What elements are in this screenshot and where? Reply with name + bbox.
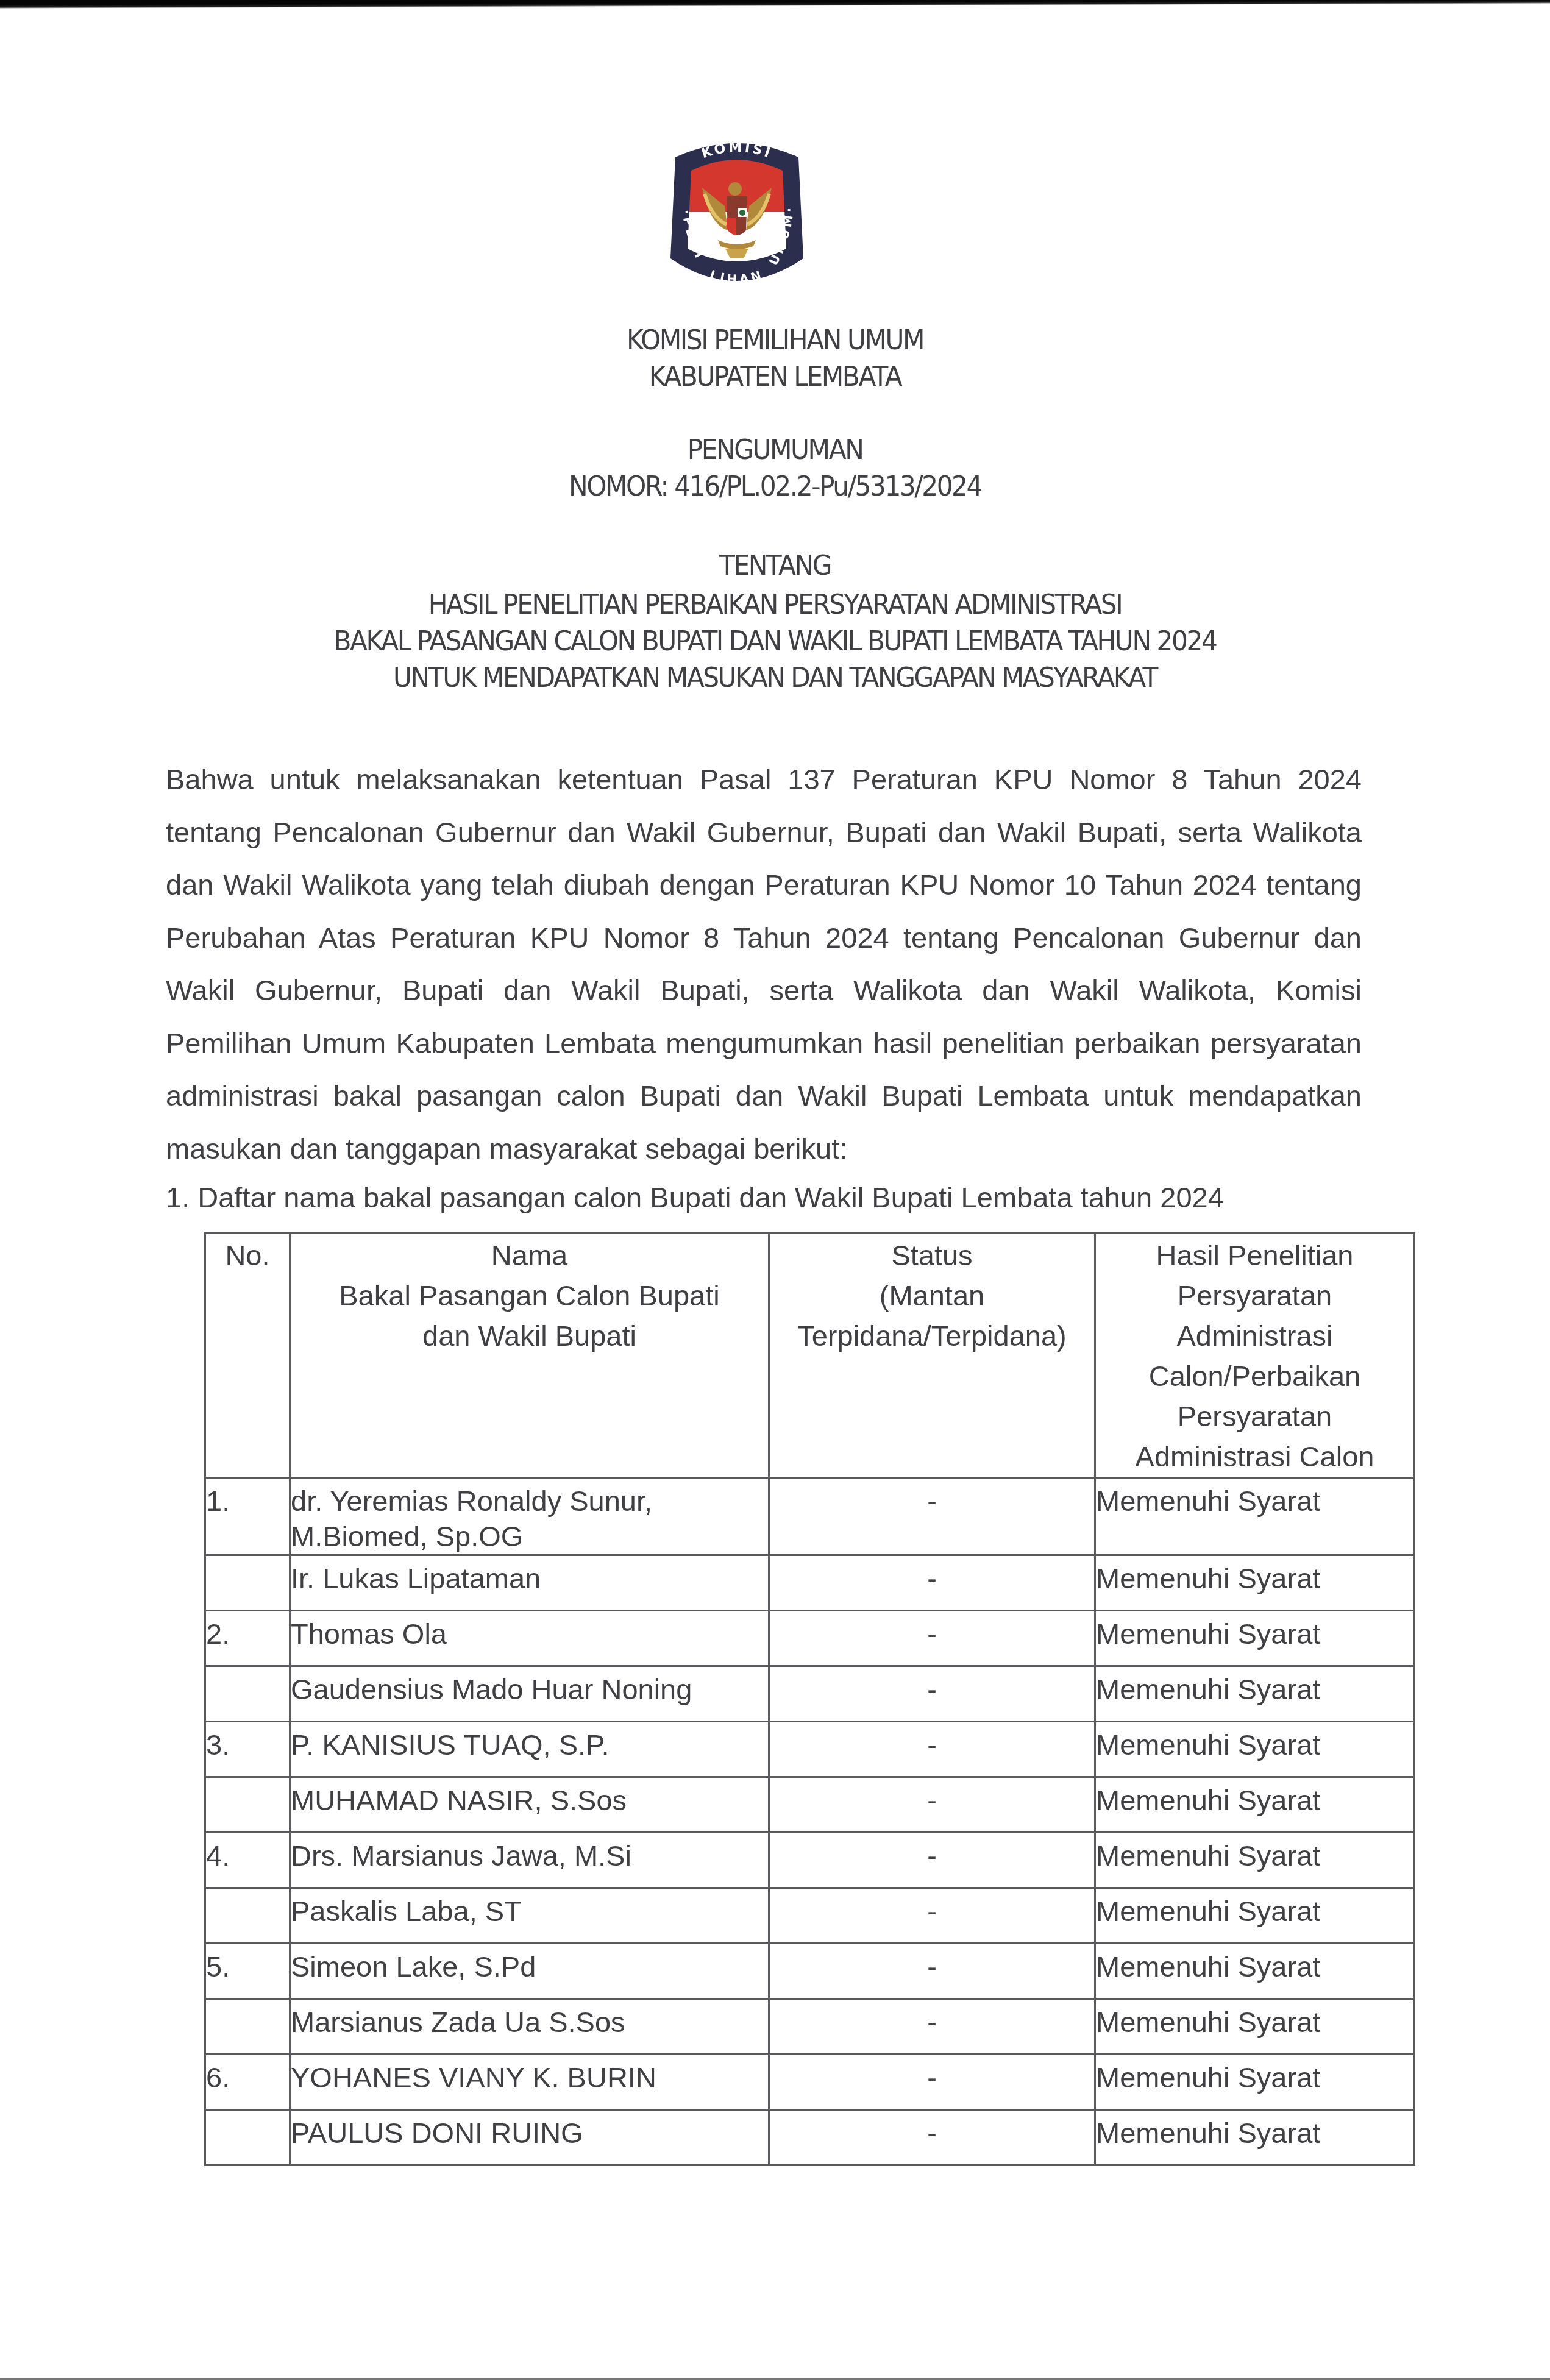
cell-result: Memenuhi Syarat [1095, 1944, 1415, 1999]
header-line: Persyaratan [1096, 1276, 1413, 1316]
cell-status: - [769, 1478, 1095, 1555]
header-line: Hasil Penelitian [1096, 1235, 1413, 1276]
cell-name: Thomas Ola [290, 1611, 769, 1666]
table-header-row: No. NamaBakal Pasangan Calon Bupatidan W… [205, 1234, 1415, 1478]
doc-subject: TENTANG HASIL PENELITIAN PERBAIKAN PERSY… [46, 547, 1503, 696]
cell-name: Paskalis Laba, ST [290, 1888, 769, 1944]
cell-name: PAULUS DONI RUING [290, 2110, 769, 2165]
cell-no [205, 1555, 290, 1611]
header-line: Persyaratan [1096, 1396, 1413, 1437]
header-line: No. [206, 1235, 289, 1276]
cell-status: - [769, 1833, 1095, 1888]
table-row: 6.YOHANES VIANY K. BURIN-Memenuhi Syarat [205, 2055, 1415, 2110]
header-result: Hasil PenelitianPersyaratanAdministrasiC… [1095, 1234, 1415, 1478]
cell-no [205, 2110, 290, 2165]
cell-name: P. KANISIUS TUAQ, S.P. [290, 1722, 769, 1777]
cell-status: - [769, 1888, 1095, 1944]
org-name: KOMISI PEMILIHAN UMUM KABUPATEN LEMBATA [46, 322, 1503, 395]
header-line: Bakal Pasangan Calon Bupati [291, 1276, 768, 1316]
cell-name: Gaudensius Mado Huar Noning [290, 1666, 769, 1722]
header-no: No. [205, 1234, 290, 1478]
cell-no [205, 1666, 290, 1722]
table-row: MUHAMAD NASIR, S.Sos-Memenuhi Syarat [205, 1777, 1415, 1833]
cell-no: 2. [205, 1611, 290, 1666]
header-line: Administrasi [1096, 1316, 1413, 1356]
cell-no [205, 1888, 290, 1944]
cell-status: - [769, 1999, 1095, 2055]
cell-name: Simeon Lake, S.Pd [290, 1944, 769, 1999]
about-label: TENTANG [46, 547, 1503, 584]
subject-line-1: HASIL PENELITIAN PERBAIKAN PERSYARATAN A… [46, 586, 1503, 623]
cell-result: Memenuhi Syarat [1095, 1888, 1415, 1944]
org-line-2: KABUPATEN LEMBATA [46, 358, 1503, 395]
table-row: 1.dr. Yeremias Ronaldy Sunur, M.Biomed, … [205, 1478, 1415, 1555]
table-row: 3.P. KANISIUS TUAQ, S.P.-Memenuhi Syarat [205, 1722, 1415, 1777]
cell-no: 5. [205, 1944, 290, 1999]
cell-result: Memenuhi Syarat [1095, 1555, 1415, 1611]
table-row: Gaudensius Mado Huar Noning-Memenuhi Sya… [205, 1666, 1415, 1722]
table-row: 2.Thomas Ola-Memenuhi Syarat [205, 1611, 1415, 1666]
cell-name: Marsianus Zada Ua S.Sos [290, 1999, 769, 2055]
cell-no: 1. [205, 1478, 290, 1555]
cell-result: Memenuhi Syarat [1095, 2055, 1415, 2110]
cell-no: 4. [205, 1833, 290, 1888]
cell-result: Memenuhi Syarat [1095, 1478, 1415, 1555]
cell-name: Ir. Lukas Lipataman [290, 1555, 769, 1611]
header-name: NamaBakal Pasangan Calon Bupatidan Wakil… [290, 1234, 769, 1478]
doc-type: PENGUMUMAN [46, 432, 1503, 468]
cell-result: Memenuhi Syarat [1095, 1777, 1415, 1833]
cell-no: 3. [205, 1722, 290, 1777]
header-line: Terpidana/Terpidana) [770, 1316, 1094, 1356]
cell-status: - [769, 1722, 1095, 1777]
table-row: Paskalis Laba, ST-Memenuhi Syarat [205, 1888, 1415, 1944]
header-line: Calon/Perbaikan [1096, 1356, 1413, 1396]
kpu-emblem-icon: KOMISI ·PEMI LIHAN UMUM· [667, 133, 807, 294]
cell-status: - [769, 2110, 1095, 2165]
cell-result: Memenuhi Syarat [1095, 1722, 1415, 1777]
table-row: Ir. Lukas Lipataman-Memenuhi Syarat [205, 1555, 1415, 1611]
cell-status: - [769, 1944, 1095, 1999]
cell-no [205, 1999, 290, 2055]
cell-status: - [769, 2055, 1095, 2110]
cell-no [205, 1777, 290, 1833]
cell-result: Memenuhi Syarat [1095, 1666, 1415, 1722]
cell-name: dr. Yeremias Ronaldy Sunur, M.Biomed, Sp… [290, 1478, 769, 1555]
header-line: Status [770, 1235, 1094, 1276]
cell-result: Memenuhi Syarat [1095, 1833, 1415, 1888]
header-line: (Mantan [770, 1276, 1094, 1316]
cell-name: YOHANES VIANY K. BURIN [290, 2055, 769, 2110]
list-item-1: 1. Daftar nama bakal pasangan calon Bupa… [166, 1171, 1224, 1224]
cell-result: Memenuhi Syarat [1095, 1611, 1415, 1666]
intro-paragraph: Bahwa untuk melaksanakan ketentuan Pasal… [166, 753, 1362, 1175]
candidate-table: No. NamaBakal Pasangan Calon Bupatidan W… [204, 1232, 1415, 2166]
cell-name: Drs. Marsianus Jawa, M.Si [290, 1833, 769, 1888]
cell-status: - [769, 1777, 1095, 1833]
cell-status: - [769, 1666, 1095, 1722]
doc-number: NOMOR: 416/PL.02.2-Pu/5313/2024 [46, 468, 1503, 505]
cell-status: - [769, 1555, 1095, 1611]
doc-heading: PENGUMUMAN NOMOR: 416/PL.02.2-Pu/5313/20… [46, 432, 1503, 505]
table-row: 4.Drs. Marsianus Jawa, M.Si-Memenuhi Sya… [205, 1833, 1415, 1888]
table-row: Marsianus Zada Ua S.Sos-Memenuhi Syarat [205, 1999, 1415, 2055]
table-row: 5.Simeon Lake, S.Pd-Memenuhi Syarat [205, 1944, 1415, 1999]
header-line: Administrasi Calon [1096, 1437, 1413, 1477]
cell-name: MUHAMAD NASIR, S.Sos [290, 1777, 769, 1833]
header-line: Nama [291, 1235, 768, 1276]
header-status: Status(MantanTerpidana/Terpidana) [769, 1234, 1095, 1478]
cell-result: Memenuhi Syarat [1095, 2110, 1415, 2165]
subject-line-2: BAKAL PASANGAN CALON BUPATI DAN WAKIL BU… [46, 623, 1503, 659]
scan-edge-top [0, 0, 1550, 9]
cell-no: 6. [205, 2055, 290, 2110]
table-body: 1.dr. Yeremias Ronaldy Sunur, M.Biomed, … [205, 1478, 1415, 2165]
subject-line-3: UNTUK MENDAPATKAN MASUKAN DAN TANGGAPAN … [46, 659, 1503, 696]
header-line: dan Wakil Bupati [291, 1316, 768, 1356]
table-row: PAULUS DONI RUING-Memenuhi Syarat [205, 2110, 1415, 2165]
cell-result: Memenuhi Syarat [1095, 1999, 1415, 2055]
org-line-1: KOMISI PEMILIHAN UMUM [46, 322, 1503, 358]
cell-status: - [769, 1611, 1095, 1666]
scan-edge-bottom [0, 2378, 1550, 2380]
